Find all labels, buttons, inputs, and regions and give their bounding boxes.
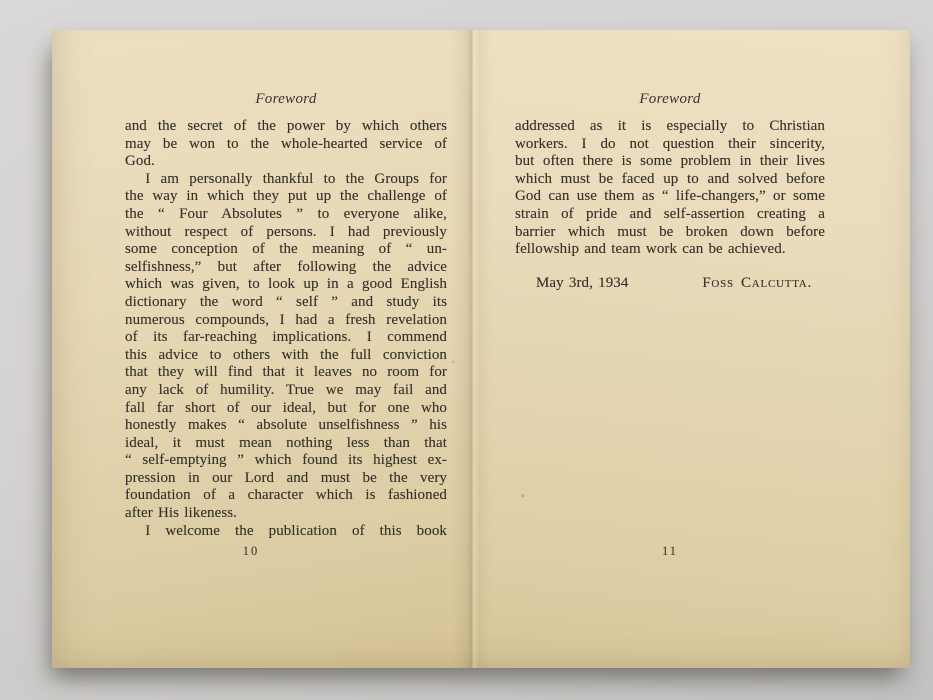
text-line: the “ Four Absolutes ” to everyone alike… [125, 206, 447, 224]
left-page-number: 10 [92, 544, 410, 559]
signature-name: Foss Calcutta. [702, 275, 812, 293]
text-line: pression in our Lord and must be the ver… [125, 470, 447, 488]
left-page: Foreword and the secret of the power by … [52, 30, 470, 668]
left-running-head: Foreword [125, 91, 447, 108]
left-page-body: and the secret of the power by which oth… [125, 118, 447, 540]
text-line: that they will find that it leaves no ro… [125, 364, 447, 382]
text-line: workers. I do not question their sinceri… [515, 136, 825, 154]
text-line: after His likeness. [125, 505, 447, 523]
text-line: selfishness,” but after following the ad… [125, 259, 447, 277]
text-line: ideal, it must mean nothing less than th… [125, 435, 447, 453]
text-line: numerous compounds, I had a fresh revela… [125, 312, 447, 330]
text-line: fall far short of our ideal, but for one… [125, 400, 447, 418]
right-page-number: 11 [515, 544, 825, 559]
text-line: the way in which they put up the challen… [125, 188, 447, 206]
text-line: I am personally thankful to the Groups f… [125, 171, 447, 189]
text-line: dictionary the word “ self ” and study i… [125, 294, 447, 312]
text-line: honestly makes “ absolute unselfishness … [125, 417, 447, 435]
text-line: “ self-emptying ” which found its highes… [125, 452, 447, 470]
right-page-body: addressed as it is especially to Christi… [515, 118, 825, 292]
open-book: Foreword and the secret of the power by … [52, 30, 910, 668]
text-line: and the secret of the power by which oth… [125, 118, 447, 136]
text-line: God. [125, 153, 447, 171]
text-line: which was given, to look up in a good En… [125, 276, 447, 294]
text-line: but often there is some problem in their… [515, 153, 825, 171]
text-line: fellowship and team work can be achieved… [515, 241, 825, 259]
signature-row: May 3rd, 1934 Foss Calcutta. [515, 275, 825, 293]
text-line: foundation of a character which is fashi… [125, 487, 447, 505]
photo-background: Foreword and the secret of the power by … [0, 0, 933, 700]
text-line: which must be faced up to and solved bef… [515, 171, 825, 189]
text-line: God can use them as “ life-changers,” or… [515, 188, 825, 206]
text-line: addressed as it is especially to Christi… [515, 118, 825, 136]
signature-date: May 3rd, 1934 [536, 275, 628, 293]
right-running-head: Foreword [515, 91, 825, 108]
text-line: this advice to others with the full conv… [125, 347, 447, 365]
text-line: some conception of the meaning of “ un- [125, 241, 447, 259]
text-line: without respect of persons. I had previo… [125, 224, 447, 242]
text-line: barrier which must be broken down before [515, 224, 825, 242]
text-line: may be won to the whole-hearted service … [125, 136, 447, 154]
text-line: of its far-reaching implications. I comm… [125, 329, 447, 347]
text-line: any lack of humility. True we may fail a… [125, 382, 447, 400]
right-page: Foreword addressed as it is especially t… [470, 30, 910, 668]
text-line: I welcome the publication of this book [125, 523, 447, 541]
right-page-paragraphs: addressed as it is especially to Christi… [515, 118, 825, 259]
text-line: strain of pride and self-assertion creat… [515, 206, 825, 224]
